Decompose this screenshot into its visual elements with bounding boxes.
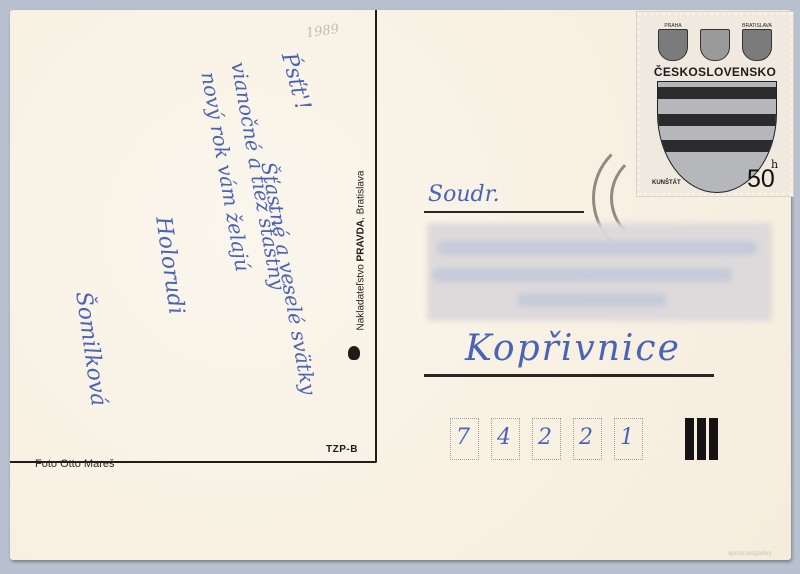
address-line	[424, 211, 584, 213]
photo-credit: Foto Otto Mareš	[35, 458, 114, 470]
postal-digit: 2	[579, 425, 593, 450]
postal-sort-bars	[685, 418, 718, 460]
postal-digit: 1	[620, 425, 634, 450]
address-line	[424, 374, 714, 377]
postal-digit: 2	[538, 425, 552, 450]
message-area-frame	[10, 10, 377, 463]
series-code: TZP-B	[326, 444, 358, 455]
postcard: 1989 Nakladateľstvo PRAVDA, Bratislava T…	[10, 10, 791, 560]
crest-icon: PRAHA	[658, 29, 688, 61]
publisher-logo-icon	[348, 346, 360, 360]
address-city: Kopřivnice	[465, 328, 681, 369]
watermark: #postcardgallery	[728, 551, 772, 557]
postal-digit: 7	[456, 425, 470, 450]
crest-icon: BRATISLAVA	[742, 29, 772, 61]
stamp-unit: h	[771, 158, 778, 171]
crest-icon	[700, 29, 730, 61]
redacted-address	[427, 223, 772, 321]
address-salutation: Soudr.	[428, 182, 500, 207]
stamp-country: ČESKOSLOVENSKO	[640, 65, 790, 79]
postal-digit: 4	[497, 425, 511, 450]
